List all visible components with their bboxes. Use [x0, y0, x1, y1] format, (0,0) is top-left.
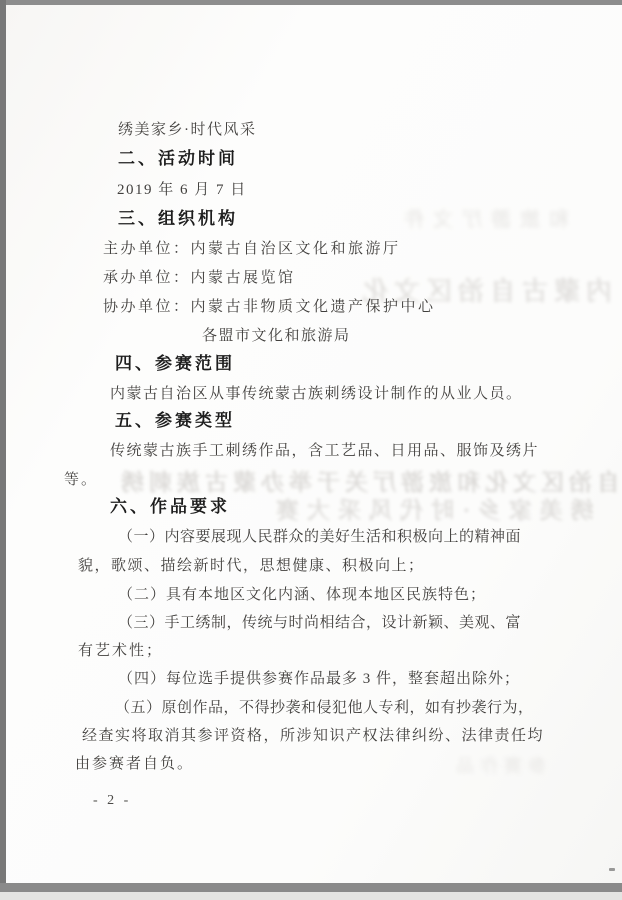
requirement-1-line: （一）内容要展现人民群众的美好生活和积极向上的精神面	[118, 527, 521, 547]
requirement-5-continuation-2: 由参赛者自负。	[75, 754, 194, 774]
requirement-4-line: （四）每位选手提供参赛作品最多 3 件，整套超出除外；	[118, 669, 520, 689]
bleed-through-text: 参赛作品	[450, 752, 546, 778]
requirement-2-line: （二）具有本地区文化内涵、体现本地区民族特色；	[118, 585, 486, 605]
requirement-3-continuation: 有艺术性；	[78, 641, 163, 661]
scanned-document-page: 和旅游厅文件 内蒙古自治区文化 自治区文化和旅游厅关于举办蒙古族刺绣 绣美家乡·…	[0, 0, 622, 900]
scan-edge-left	[0, 0, 6, 892]
organizer-unit-line: 承办单位：内蒙古展览馆	[103, 268, 296, 288]
scope-line: 内蒙古自治区从事传统蒙古族刺绣设计制作的从业人员。	[110, 384, 523, 404]
scan-artifact-speck	[609, 868, 615, 871]
section-heading-organization: 三、组织机构	[118, 208, 238, 230]
requirement-1-continuation: 貌，歌颂、描绘新时代，思想健康、积极向上；	[78, 556, 425, 576]
scan-edge-next-page	[0, 892, 622, 900]
co-organizer-unit-line-2: 各盟市文化和旅游局	[202, 326, 351, 346]
section-heading-scope: 四、参赛范围	[115, 353, 235, 375]
co-organizer-unit-line: 协办单位：内蒙古非物质文化遗产保护中心	[103, 297, 436, 317]
scan-edge-top	[0, 0, 622, 5]
date-line: 2019 年 6 月 7 日	[117, 180, 247, 200]
requirement-5-line: （五）原创作品，不得抄袭和侵犯他人专利，如有抄袭行为，	[115, 698, 534, 718]
requirement-3-line: （三）手工绣制，传统与时尚相结合，设计新颖、美观、富	[118, 613, 521, 633]
continued-title-line: 绣美家乡·时代风采	[118, 120, 257, 140]
type-line-continuation: 等。	[64, 470, 98, 490]
scan-edge-bottom	[0, 883, 622, 892]
section-heading-type: 五、参赛类型	[115, 410, 235, 432]
section-heading-requirements: 六、作品要求	[110, 496, 230, 518]
requirement-5-continuation-1: 经查实将取消其参评资格，所涉知识产权法律纠纷、法律责任均	[82, 726, 544, 746]
host-unit-line: 主办单位：内蒙古自治区文化和旅游厅	[103, 239, 401, 259]
type-line: 传统蒙古族手工刺绣作品，含工艺品、日用品、服饰及绣片	[110, 441, 539, 461]
bleed-through-text: 和旅游厅文件	[395, 203, 569, 232]
section-heading-activity-time: 二、活动时间	[118, 148, 238, 170]
page-number: - 2 -	[93, 791, 131, 811]
bleed-through-text: 绣美家乡·时代风采大赛	[268, 492, 594, 525]
